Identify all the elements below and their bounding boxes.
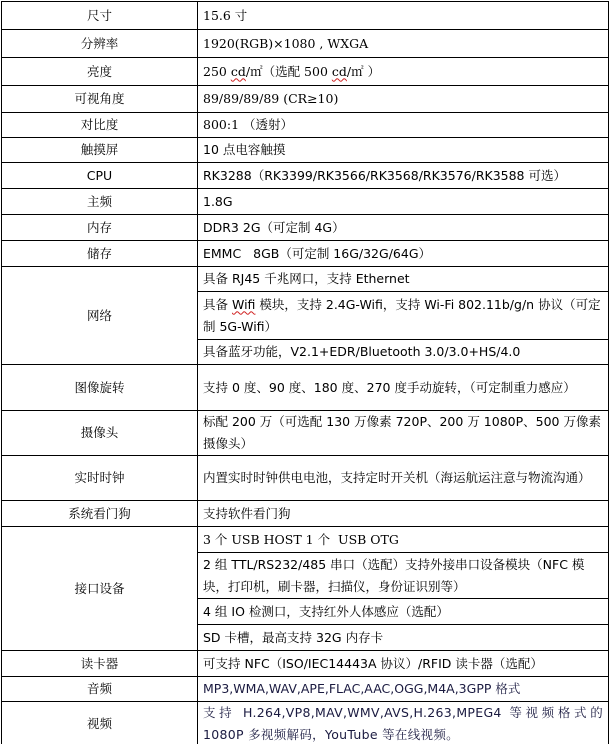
row-label-cpu: CPU xyxy=(2,163,198,189)
row-value-contrast: 800:1 （透射） xyxy=(198,113,609,138)
row-value-video: 支持 H.264,VP8,MAV,WMV,AVS,H.263,MPEG4 等视频… xyxy=(198,702,609,744)
wifi-text-after: 模块，支持 2.4G-Wifi，支持 Wi-Fi 802.11b/g/n 协议（… xyxy=(203,297,601,334)
table-row-network: 网络 具备 RJ45 千兆网口，支持 Ethernet xyxy=(2,267,609,292)
row-label-interfaces: 接口设备 xyxy=(2,527,198,651)
row-value-network-wifi: 具备 Wifi 模块，支持 2.4G-Wifi，支持 Wi-Fi 802.11b… xyxy=(198,292,609,340)
table-row-interfaces: 接口设备 3 个 USB HOST 1 个 USB OTG xyxy=(2,527,609,553)
table-row-storage: 储存 EMMC 8GB（可定制 16G/32G/64G） xyxy=(2,241,609,267)
row-label-card-reader: 读卡器 xyxy=(2,651,198,677)
table-row-touchscreen: 触摸屏 10 点电容触摸 xyxy=(2,138,609,163)
row-label-rtc: 实时时钟 xyxy=(2,456,198,501)
row-label-rotation: 图像旋转 xyxy=(2,365,198,411)
row-value-network-bluetooth: 具备蓝牙功能，V2.1+EDR/Bluetooth 3.0/3.0+HS/4.0 xyxy=(198,340,609,365)
row-value-viewing-angle: 89/89/89/89 (CR≥10) xyxy=(198,86,609,113)
row-value-rotation: 支持 0 度、90 度、180 度、270 度手动旋转，（可定制重力感应） xyxy=(198,365,609,411)
spec-table: 尺寸 15.6 寸 分辨率 1920(RGB)×1080 , WXGA 亮度 2… xyxy=(1,1,609,744)
table-row-video: 视频 支持 H.264,VP8,MAV,WMV,AVS,H.263,MPEG4 … xyxy=(2,702,609,744)
spellcheck-underlined-unit: cd xyxy=(332,64,347,79)
row-label-audio: 音频 xyxy=(2,677,198,702)
table-row-rtc: 实时时钟 内置实时时钟供电电池，支持定时开关机（海运航运注意与物流沟通） xyxy=(2,456,609,501)
row-label-camera: 摄像头 xyxy=(2,411,198,456)
brightness-mid: /㎡（选配 500 xyxy=(246,64,332,79)
table-row-size: 尺寸 15.6 寸 xyxy=(2,2,609,30)
row-value-rtc: 内置实时时钟供电电池，支持定时开关机（海运航运注意与物流沟通） xyxy=(198,456,609,501)
row-value-interfaces-io: 4 组 IO 检测口，支持红外人体感应（选配） xyxy=(198,599,609,625)
row-label-size: 尺寸 xyxy=(2,2,198,30)
row-label-storage: 储存 xyxy=(2,241,198,267)
row-value-storage: EMMC 8GB（可定制 16G/32G/64G） xyxy=(198,241,609,267)
row-value-resolution: 1920(RGB)×1080 , WXGA xyxy=(198,30,609,58)
row-label-video: 视频 xyxy=(2,702,198,744)
row-value-brightness: 250 cd/㎡（选配 500 cd/㎡ ） xyxy=(198,58,609,86)
spellcheck-underlined-word: Wifi xyxy=(232,297,255,312)
row-label-watchdog: 系统看门狗 xyxy=(2,501,198,527)
brightness-suffix: /㎡ ） xyxy=(347,64,380,79)
table-row-frequency: 主频 1.8G xyxy=(2,189,609,215)
row-label-resolution: 分辨率 xyxy=(2,30,198,58)
table-row-brightness: 亮度 250 cd/㎡（选配 500 cd/㎡ ） xyxy=(2,58,609,86)
brightness-prefix: 250 xyxy=(203,64,231,79)
table-row-camera: 摄像头 标配 200 万（可选配 130 万像素 720P、200 万 1080… xyxy=(2,411,609,456)
row-label-viewing-angle: 可视角度 xyxy=(2,86,198,113)
row-value-touchscreen: 10 点电容触摸 xyxy=(198,138,609,163)
row-label-contrast: 对比度 xyxy=(2,113,198,138)
table-row-resolution: 分辨率 1920(RGB)×1080 , WXGA xyxy=(2,30,609,58)
spellcheck-underlined-unit: cd xyxy=(231,64,246,79)
row-label-frequency: 主频 xyxy=(2,189,198,215)
wifi-text-before: 具备 xyxy=(203,297,232,312)
row-value-size: 15.6 寸 xyxy=(198,2,609,30)
row-value-interfaces-usb: 3 个 USB HOST 1 个 USB OTG xyxy=(198,527,609,553)
table-row-viewing-angle: 可视角度 89/89/89/89 (CR≥10) xyxy=(2,86,609,113)
row-value-audio: MP3,WMA,WAV,APE,FLAC,AAC,OGG,M4A,3GPP 格式 xyxy=(198,677,609,702)
table-row-memory: 内存 DDR3 2G（可定制 4G） xyxy=(2,215,609,241)
table-row-contrast: 对比度 800:1 （透射） xyxy=(2,113,609,138)
table-row-watchdog: 系统看门狗 支持软件看门狗 xyxy=(2,501,609,527)
row-value-camera: 标配 200 万（可选配 130 万像素 720P、200 万 1080P、50… xyxy=(198,411,609,456)
row-value-network-ethernet: 具备 RJ45 千兆网口，支持 Ethernet xyxy=(198,267,609,292)
row-value-interfaces-serial: 2 组 TTL/RS232/485 串口（选配）支持外接串口设备模块（NFC 模… xyxy=(198,553,609,599)
row-label-brightness: 亮度 xyxy=(2,58,198,86)
row-value-cpu: RK3288（RK3399/RK3566/RK3568/RK3576/RK358… xyxy=(198,163,609,189)
row-value-frequency: 1.8G xyxy=(198,189,609,215)
row-value-watchdog: 支持软件看门狗 xyxy=(198,501,609,527)
table-row-card-reader: 读卡器 可支持 NFC（ISO/IEC14443A 协议）/RFID 读卡器（选… xyxy=(2,651,609,677)
row-label-touchscreen: 触摸屏 xyxy=(2,138,198,163)
row-label-network: 网络 xyxy=(2,267,198,365)
table-row-cpu: CPU RK3288（RK3399/RK3566/RK3568/RK3576/R… xyxy=(2,163,609,189)
row-value-interfaces-sd: SD 卡槽，最高支持 32G 内存卡 xyxy=(198,625,609,651)
table-row-audio: 音频 MP3,WMA,WAV,APE,FLAC,AAC,OGG,M4A,3GPP… xyxy=(2,677,609,702)
row-label-memory: 内存 xyxy=(2,215,198,241)
row-value-card-reader: 可支持 NFC（ISO/IEC14443A 协议）/RFID 读卡器（选配） xyxy=(198,651,609,677)
table-row-rotation: 图像旋转 支持 0 度、90 度、180 度、270 度手动旋转，（可定制重力感… xyxy=(2,365,609,411)
row-value-memory: DDR3 2G（可定制 4G） xyxy=(198,215,609,241)
